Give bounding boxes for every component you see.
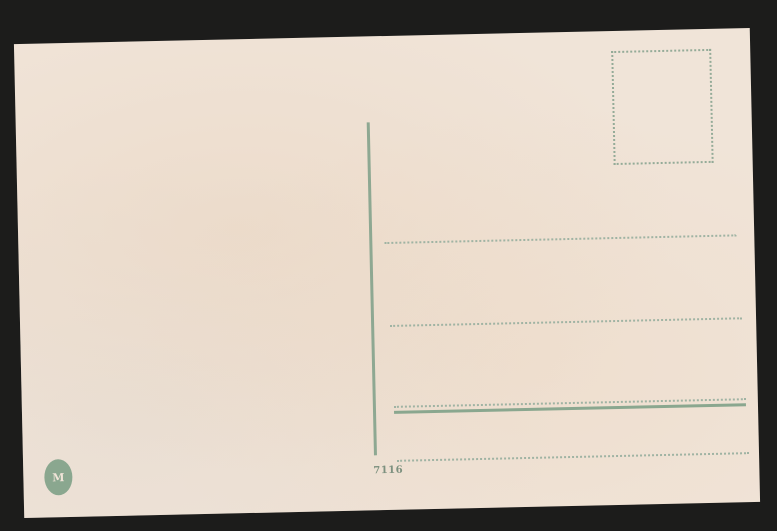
monogram-logo-icon: M — [44, 459, 73, 496]
stamp-placeholder-box — [611, 49, 713, 165]
address-line-1 — [384, 234, 736, 244]
message-address-divider — [367, 122, 377, 455]
address-line-4 — [397, 452, 749, 462]
address-line-2 — [390, 317, 742, 327]
postcard-back: 7116 M — [14, 28, 760, 518]
print-code: 7116 — [373, 465, 403, 477]
logo-glyph: M — [52, 471, 64, 484]
